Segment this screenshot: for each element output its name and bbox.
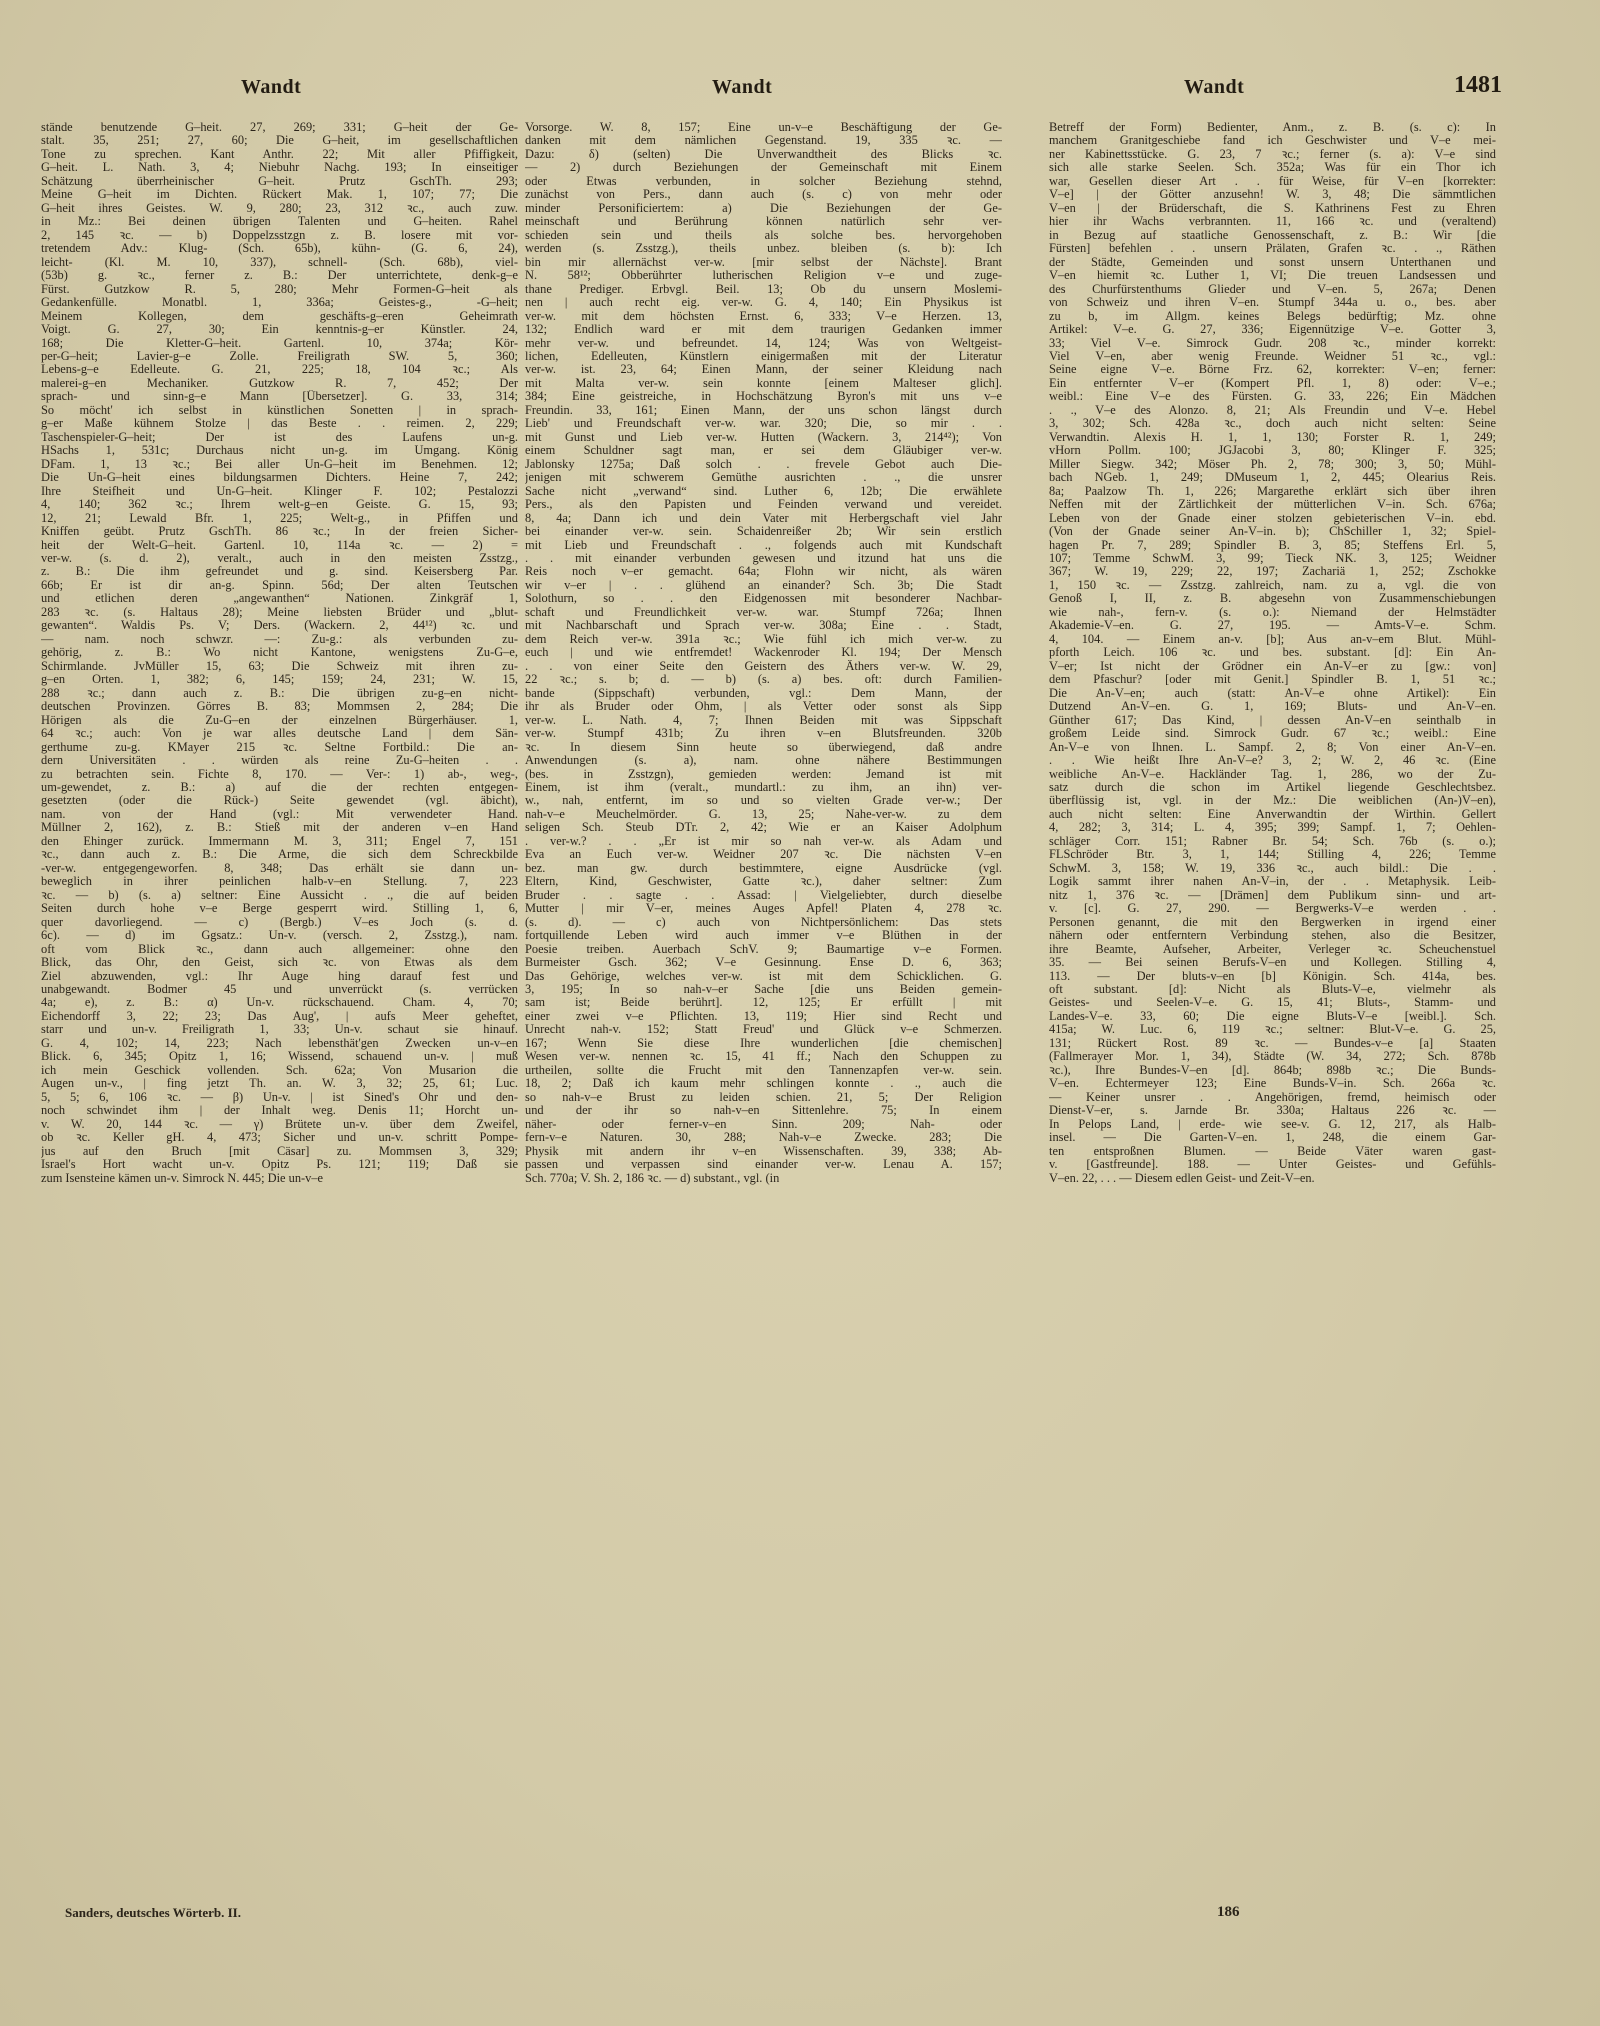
text-line: Blick, das Ohr, den Geist, sich ꝛc. von … [41,956,518,969]
text-line: g–er Maße kühnem Stolze | das Beste . . … [41,417,518,430]
text-line: starr und un-v. Freiligrath 1, 33; Un-v.… [41,1023,518,1036]
text-line: weibliche An-V–e. Hackländer Tag. 1, 286… [1049,768,1496,781]
text-column-3: Betreff der Form) Bedienter, Anm., z. B.… [1049,121,1496,1185]
text-line: mit Malta ver-w. sein konnte [einem Malt… [525,377,1002,390]
text-line: w., nah, entfernt, im so und so vielten … [525,794,1002,807]
text-line: Dazu: δ) (selten) Die Unverwandtheit des… [525,148,1002,161]
text-line: auch nicht selten: Eine Anverwandtin der… [1049,808,1496,821]
text-line: bach NGeb. 1, 249; DMuseum 1, 2, 445; Ol… [1049,471,1496,484]
text-line: 3, 195; In so nah-v–er Sache [die uns Be… [525,983,1002,996]
text-line: v. W. 20, 144 ꝛc. — γ) Brütete un-v. übe… [41,1118,518,1131]
text-line: Bruder . . sagte . . Assad: | Vielgelieb… [525,889,1002,902]
text-line: meinschaft und Berührung können natürlic… [525,215,1002,228]
text-line: ten entsproßnen Blumen. — Beide Väter wa… [1049,1145,1496,1158]
text-line: jus auf den Bruch [mit Cäsar] zu. Mommse… [41,1145,518,1158]
text-line: ihre Beamte, Aufseher, Arbeiter, Verlege… [1049,943,1496,956]
text-line: 168; Die Kletter-G–heit. Gartenl. 10, 37… [41,337,518,350]
text-line: z. B.: Die ihm gefreundet und g. sind. K… [41,565,518,578]
text-line: (Von der Gnade seiner An-V–in. b); ChSch… [1049,525,1496,538]
text-line: per-G–heit; Lavier-g–e Zolle. Freiligrat… [41,350,518,363]
text-line: . . von einer Seite den Geistern des Äth… [525,660,1002,673]
text-line: der Städte, Gemeinden und sonst unsern U… [1049,256,1496,269]
text-line: -ver-w. entgegengeworfen. 8, 348; Das er… [41,862,518,875]
text-line: Ein entfernter V–er (Kompert Pfl. 1, 8) … [1049,377,1496,390]
text-line: 4a; e), z. B.: α) Un-v. rückschauend. Ch… [41,996,518,1009]
text-line: mit Gunst und Lieb ver-w. Hutten (Wacker… [525,431,1002,444]
text-line: FLSchröder Btr. 3, 1, 144; Stilling 4, 2… [1049,848,1496,861]
text-line: mit Lieb und Freundschaft . ., folgends … [525,539,1002,552]
text-line: ver-w. L. Nath. 4, 7; Ihnen Beiden mit w… [525,714,1002,727]
text-line: und der ihr so nah-v–en Sittenlehre. 75;… [525,1104,1002,1117]
text-line: bez. man gw. durch bestimmtere, eigne Au… [525,862,1002,875]
text-line: So möcht' ich selbst in künstlichen Sone… [41,404,518,417]
text-line: 66b; Er ist dir an-g. Spinn. 56d; Der al… [41,579,518,592]
text-line: V–en hiemit ꝛc. Luther 1, VI; Die treuen… [1049,269,1496,282]
text-line: ver-w. Stumpf 431b; Zu ihren v–en Blutsf… [525,727,1002,740]
text-line: in Bezug auf staatliche Genossenschaft, … [1049,229,1496,242]
text-line: Unrecht nah-v. 152; Statt Freud' und Glü… [525,1023,1002,1036]
text-line: Eichendorff 3, 22; 23; Das Aug', | aufs … [41,1010,518,1023]
text-line: 1, 150 ꝛc. — Zsstzg. zahlreich, nam. zu … [1049,579,1496,592]
text-line: Leben von der Gnade einer stolzen gebiet… [1049,512,1496,525]
text-line: SchwM. 3, 158; W. 19, 336 ꝛc., auch bild… [1049,862,1496,875]
text-line: ver-w. ist. 23, 64; Einen Mann, der sein… [525,363,1002,376]
text-line: 384; Eine geistreiche, in Hochschätzung … [525,390,1002,403]
text-line: gerthume zu-g. KMayer 215 ꝛc. Seltne For… [41,741,518,754]
text-line: beweglich in ihrer peinlichen halb-v–en … [41,875,518,888]
text-line: nähern oder entferntern Verbindung stehe… [1049,929,1496,942]
text-line: . ver-w.? . . „Er ist mir so nah ver-w. … [525,835,1002,848]
running-head-right: Wandt [1184,76,1244,99]
text-line: Betreff der Form) Bedienter, Anm., z. B.… [1049,121,1496,134]
text-line: bande (Sippschaft) verbunden, vgl.: Dem … [525,687,1002,700]
text-line: passen und verpassen sind einander ver-w… [525,1158,1002,1171]
text-line: schläger Corr. 151; Rabner Br. 54; Sch. … [1049,835,1496,848]
text-line: den Ehinger zurück. Immermann M. 3, 311;… [41,835,518,848]
text-line: Kniffen geübt. Prutz GschTh. 86 ꝛc.; In … [41,525,518,538]
text-line: 107; Temme SchwM. 3, 99; Tieck NK. 3, 12… [1049,552,1496,565]
text-line: nah-v–e Meuchelmörder. G. 13, 25; Nahe-v… [525,808,1002,821]
text-line: Reis noch v–er gemacht. 64a; Flohn wir n… [525,565,1002,578]
text-line: zu b, im Allgm. keines Belegs bedürftig;… [1049,310,1496,323]
text-line: deutschen Provinzen. Görres B. 83; Momms… [41,700,518,713]
text-line: satz durch die schon im Artikel liegende… [1049,781,1496,794]
page-number: 1481 [1454,72,1502,99]
text-line: v. [c]. G. 27, 290. — Bergwerks-V–e werd… [1049,902,1496,915]
text-line: 283 ꝛc. (s. Haltaus 28); Meine liebsten … [41,606,518,619]
text-line: 8a; Paalzow Th. 1, 226; Margarethe erklä… [1049,485,1496,498]
text-line: Poesie treiben. Auerbach SchV. 9; Baumar… [525,943,1002,956]
text-line: schieden sein und theils als solche bes.… [525,229,1002,242]
text-line: Genoß I, II, z. B. abgesehn von Zusammen… [1049,592,1496,605]
text-line: V–er; Ist nicht der Grödner ein An-V–er … [1049,660,1496,673]
text-line: mit Nachbarschaft und Sprach ver-w. 308a… [525,619,1002,632]
text-line: des Churfürstenthums Glieder und V–en. 5… [1049,283,1496,296]
text-line: fortquillende Leben wird auch immer v–e … [525,929,1002,942]
text-line: Blick. 6, 345; Opitz 1, 16; Wissend, sch… [41,1050,518,1063]
text-line: heit der Welt-G–heit. Gartenl. 10, 114a … [41,539,518,552]
text-line: Solothurn, so . . den Eidgenossen mit be… [525,592,1002,605]
text-line: Meine G–heit im Dichten. Rückert Mak. 1,… [41,188,518,201]
text-line: nam. von der Hand (vgl.: Mit verwendeter… [41,808,518,821]
text-line: malerei-g–en Mechaniker. Gutzkow R. 7, 4… [41,377,518,390]
text-line: stände benutzende G–heit. 27, 269; 331; … [41,121,518,134]
text-line: N. 58¹²; Obberührter lutherischen Religi… [525,269,1002,282]
text-line: Fürsten] befehlen . . unsern Prälaten, G… [1049,242,1496,255]
text-line: Freundin. 33, 161; Einen Mann, der uns s… [525,404,1002,417]
text-line: V–en | der Brüderschaft, die S. Kathrine… [1049,202,1496,215]
text-line: noch schwindet ihm | der Inhalt weg. Den… [41,1104,518,1117]
text-line: näher- oder ferner-v–en Sinn. 209; Nah- … [525,1118,1002,1131]
text-line: g–en Orten. 1, 382; 6, 145; 159; 24, 231… [41,673,518,686]
text-line: danken mit dem nämlichen Gegenstand. 19,… [525,134,1002,147]
text-line: Tone zu sprechen. Kant Anthr. 22; Mit al… [41,148,518,161]
text-line: HSachs 1, 531c; Durchaus nicht un-g. im … [41,444,518,457]
text-line: 131; Rückert Rost. 89 ꝛc. — Bundes-v–e [… [1049,1037,1496,1050]
text-line: zu betrachten sein. Fichte 8, 170. — Ver… [41,768,518,781]
text-line: um-gewendet, z. B.: a) auf die der recht… [41,781,518,794]
text-line: ꝛc., dann auch z. B.: Die Arme, die sich… [41,848,518,861]
text-line: 8, 4a; Dann ich und dein Vater mit Herbe… [525,512,1002,525]
text-line: Jablonsky 1275a; Daß solch . . frevele G… [525,458,1002,471]
text-line: Sch. 770a; V. Sh. 2, 186 ꝛc. — d) substa… [525,1172,1002,1185]
text-line: überflüssig ist, vgl. in der Mz.: Die we… [1049,794,1496,807]
text-line: weibl.: Eine V–e des Fürsten. G. 33, 226… [1049,390,1496,403]
text-line: urtheilen, sollte die Frucht mit den Tan… [525,1064,1002,1077]
text-line: G–heit. L. Nath. 3, 4; Niebuhr Nachg. 19… [41,161,518,174]
text-line: Meinem Kollegen, dem geschäfts-g–eren Ge… [41,310,518,323]
text-line: In Pelops Land, | erde- wie see-v. G. 12… [1049,1118,1496,1131]
text-column-2: Vorsorge. W. 8, 157; Eine un-v–e Beschäf… [525,121,1002,1185]
text-line: sich alle starke Seelen. Sch. 352a; Was … [1049,161,1496,174]
text-line: seligen Sch. Steub DTr. 2, 42; Wie er an… [525,821,1002,834]
text-line: 4, 282; 3, 314; L. 4, 395; 399; Sampf. 1… [1049,821,1496,834]
text-line: (Fallmerayer Mor. 1, 34), Städte (W. 34,… [1049,1050,1496,1063]
text-line: zunächst von Pers., dann auch (s. c) von… [525,188,1002,201]
text-line: Anwendungen (s. a), nam. ohne nähere Bes… [525,754,1002,767]
text-line: Neffen mit der Zärtlichkeit der mütterli… [1049,498,1496,511]
text-line: gehörig, z. B.: Wo nicht Kantone, wenigs… [41,646,518,659]
text-line: ꝛc. In diesem Sinn heute so überwiegend,… [525,741,1002,754]
text-line: Akademie-V–en. G. 27, 195. — Amts-V–e. S… [1049,619,1496,632]
text-line: hagen Pr. 7, 289; Spindler B. 3, 85; Ste… [1049,539,1496,552]
text-line: 4, 104. — Einem an-v. [b]; Aus an-v–em B… [1049,633,1496,646]
text-line: zum Isensteine kämen un-v. Simrock N. 44… [41,1172,518,1185]
text-line: werden (s. Zsstzg.), theils unbez. bleib… [525,242,1002,255]
text-line: ob ꝛc. Keller gH. 4, 473; Sicher und un-… [41,1131,518,1144]
text-line: DFam. 1, 13 ꝛc.; Bei aller Un-G–heit im … [41,458,518,471]
text-line: Schirmlande. JvMüller 15, 63; Die Schwei… [41,660,518,673]
text-line: thane Prediger. Erbvgl. Beil. 13; Ob du … [525,283,1002,296]
text-line: 167; Wenn Sie diese Ihre wunderlichen [d… [525,1037,1002,1050]
text-line: An-V–e von Ihnen. L. Sampf. 2, 8; Von ei… [1049,741,1496,754]
text-line: Augen un-v., | fing jetzt Th. an. W. 3, … [41,1077,518,1090]
text-line: gesetzten (oder die Rück-) Seite gewende… [41,794,518,807]
text-line: Voigt. G. 27, 30; Ein kenntnis-g–er Küns… [41,323,518,336]
text-line: nitz 1, 376 ꝛc. — [Drämen] dem Publikum … [1049,889,1496,902]
text-line: Artikel: V–e. G. 27, 336; Eigennützige V… [1049,323,1496,336]
text-line: und etlichen deren „angewanthen“ Natione… [41,592,518,605]
text-line: fern-v–e Naturen. 30, 288; Nah-v–e Zweck… [525,1131,1002,1144]
text-line: ihr als Bruder oder Ohm, | als Vetter od… [525,700,1002,713]
text-line: minder Personificiertem: a) Die Beziehun… [525,202,1002,215]
text-line: 3, 302; Sch. 428a ꝛc., doch auch nicht s… [1049,417,1496,430]
text-line: dem Pfaschur? [oder mit Genit.] Spindler… [1049,673,1496,686]
text-line: Lieb' und Freundschaft ver-w. war. 320; … [525,417,1002,430]
text-line: ner Kabinettsstücke. G. 23, 7 ꝛc.; ferne… [1049,148,1496,161]
text-line: Gedankenfülle. Monatbl. 1, 336a; Geistes… [41,296,518,309]
text-line: Miller Siegw. 342; Möser Ph. 2, 78; 300;… [1049,458,1496,471]
text-line: Dutzend An-V–en. G. 1, 169; Bluts- und A… [1049,700,1496,713]
text-line: von Schweiz und ihren V–en. Stumpf 344a … [1049,296,1496,309]
text-line: leicht- (Kl. M. 10, 337), schnell- (Sch.… [41,256,518,269]
text-line: oder Etwas verbunden, in solcher Beziehu… [525,175,1002,188]
text-line: — Keiner unsrer . . Angehörigen, fremd, … [1049,1091,1496,1104]
text-line: gewanten“. Waldis Ps. V; Ders. (Wackern.… [41,619,518,632]
text-line: wir v–er | . . glühend an einander? Sch.… [525,579,1002,592]
text-line: ꝛc.), Ihre Bundes-V–en [d]. 864b; 898b ꝛ… [1049,1064,1496,1077]
text-line: dem Reich ver-w. 391a ꝛc.; Wie fühl ich … [525,633,1002,646]
text-line: . . Wie heißt Ihre An-V–e? 3, 2; W. 2, 4… [1049,754,1496,767]
text-line: mehr ver-w. und befreundet. 14, 124; Was… [525,337,1002,350]
text-line: Mutter | mir V–er, meines Auges Apfel! P… [525,902,1002,915]
text-line: G. 4, 102; 14, 223; Nach lebensthät'gen … [41,1037,518,1050]
text-line: Eltern, Kind, Geschwister, Gatte ꝛc.), d… [525,875,1002,888]
text-line: euch | und wie entfremdet! Wackenroder K… [525,646,1002,659]
text-line: (53b) g. ꝛc., ferner z. B.: Der unterric… [41,269,518,282]
text-line: jenigen mit schwerem Gemüthe ausrichten … [525,471,1002,484]
text-line: Pers., als den Papisten und Feinden verw… [525,498,1002,511]
text-column-1: stände benutzende G–heit. 27, 269; 331; … [41,121,518,1185]
text-line: Müllner 2, 162), z. B.: Stieß mit der an… [41,821,518,834]
text-line: 5, 5; 6, 106 ꝛc. — β) Un-v. | ist Sined'… [41,1091,518,1104]
text-line: Einem, ist ihm (veralt., mundartl.: zu i… [525,781,1002,794]
text-line: so nah-v–e Brust zu leiden schien. 21, 5… [525,1091,1002,1104]
signature-number: 186 [1217,1904,1240,1921]
text-line: G–heit ihres Geistes. W. 9, 280; 23, 312… [41,202,518,215]
text-line: ver-w. mit dem höchsten Ernst. 6, 333; V… [525,310,1002,323]
text-line: . . mit einander verbunden gewesen und i… [525,552,1002,565]
text-line: Dienst-V–er, s. Jarnde Br. 330a; Haltaus… [1049,1104,1496,1117]
text-line: V–e] | der Götter anzusehn! W. 3, 48; Di… [1049,188,1496,201]
text-line: Burmeister Gsch. 362; V–e Gesinnung. Ens… [525,956,1002,969]
text-line: stalt. 35, 251; 27, 60; Die G–heit, im g… [41,134,518,147]
text-line: Verwandtin. Alexis H. 1, 1, 130; Forster… [1049,431,1496,444]
text-line: schaft und Freundlichkeit ver-w. war. St… [525,606,1002,619]
text-line: Das Gehörige, welches ver-w. ist mit dem… [525,970,1002,983]
text-line: 2, 145 ꝛc. — b) Doppelzsstzgn z. B. lose… [41,229,518,242]
text-line: Günther 617; Das Kind, | dessen An-V–en … [1049,714,1496,727]
text-line: pforth Leich. 106 ꝛc. und bes. substant.… [1049,646,1496,659]
text-line: Ziel abzuwenden, vgl.: Ihr Auge hing dar… [41,970,518,983]
text-line: Israel's Hort wacht un-v. Opitz Ps. 121;… [41,1158,518,1171]
text-line: 367; W. 19, 229; 22, 197; Zachariä 1, 25… [1049,565,1496,578]
text-line: Die An-V–en; auch (statt: An-V–e ohne Ar… [1049,687,1496,700]
printer-signature: Sanders, deutsches Wörterb. II. [65,1905,241,1921]
text-line: wie nah-, fern-v. (s. o.): Niemand der H… [1049,606,1496,619]
text-line: . ., V–e des Alonzo. 8, 21; Als Freundin… [1049,404,1496,417]
dictionary-page: Wandt Wandt Wandt 1481 stände benutzende… [0,0,1600,2026]
running-head-center: Wandt [712,76,772,99]
text-line: Eva an Euch ver-w. Weidner 207 ꝛc. Die n… [525,848,1002,861]
text-line: 35. — Bei seinen Berufs-V–en und Kollege… [1049,956,1496,969]
text-line: dern Universitäten . . würden als reine … [41,754,518,767]
text-line: Seine eigne V–e. Börne Frz. 62, korrekte… [1049,363,1496,376]
text-line: Fürst. Gutzkow R. 5, 280; Mehr Formen-G–… [41,283,518,296]
text-line: oft substant. [d]: Nicht als Bluts-V–e, … [1049,983,1496,996]
text-line: 22 ꝛc.; s. b; d. — b) (s. a) bes. oft: d… [525,673,1002,686]
text-line: Schätzung überrheinischer G–heit. Prutz … [41,175,518,188]
text-line: hier ihr Wachs verbrannten. 11, 166 ꝛc. … [1049,215,1496,228]
text-line: — nam. noch schwzr. —: Zu-g.: als verbun… [41,633,518,646]
text-line: Personen genannt, die mit den Bergwerken… [1049,916,1496,929]
text-line: nen | auch recht eig. ver-w. G. 4, 140; … [525,296,1002,309]
text-line: 132; Endlich ward er mit dem traurigen G… [525,323,1002,336]
text-line: Physik mit andern ihr v–en Wissenschafte… [525,1145,1002,1158]
text-line: Ihre Steifheit und Un-G–heit. Klinger F.… [41,485,518,498]
text-line: manchem Granitgeschiebe fand ich Geschwi… [1049,134,1496,147]
text-line: großem Leide sind. Simrock Gudr. 67 ꝛc.;… [1049,727,1496,740]
text-line: ꝛc. — b) (s. a) seltner: Eine Aussicht .… [41,889,518,902]
running-head-left: Wandt [241,76,301,99]
text-line: Landes-V–e. 33, 60; Die eigne Bluts-V–e … [1049,1010,1496,1023]
text-line: Hörigen als die Zu-G–en der einzelnen Bü… [41,714,518,727]
text-line: 6c). — d) im Ggsatz.: Un-v. (versch. 2, … [41,929,518,942]
text-line: Logik sammt ihrer nahen An-V–in, der . .… [1049,875,1496,888]
text-line: Geistes- und Seelen-V–e. G. 15, 41; Blut… [1049,996,1496,1009]
text-line: Vorsorge. W. 8, 157; Eine un-v–e Beschäf… [525,121,1002,134]
text-line: 12, 21; Lewald Bfr. 1, 225; Welt-g., in … [41,512,518,525]
text-line: insel. — Die Garten-V–en. 1, 248, die ei… [1049,1131,1496,1144]
text-line: einem Schuldner sagt man, er sei dem Glä… [525,444,1002,457]
text-line: V–en. Echtermeyer 123; Eine Bunds-V–in. … [1049,1077,1496,1090]
text-line: lichen, Edelleuten, Künstlern einigermaß… [525,350,1002,363]
text-line: tretendem Adv.: Klug- (Sch. 65b), kühn- … [41,242,518,255]
text-line: 33; Viel V–e. Simrock Gudr. 208 ꝛc., min… [1049,337,1496,350]
text-line: Wesen ver-w. nennen ꝛc. 15, 41 ff.; Nach… [525,1050,1002,1063]
text-line: in Mz.: Bei deinen übrigen Talenten und … [41,215,518,228]
text-line: Lebens-g–e Edelleute. G. 21, 225; 18, 10… [41,363,518,376]
text-line: 113. — Der bluts-v–en [b] Königin. Sch. … [1049,970,1496,983]
text-line: 4, 140; 362 ꝛc.; Ihrem welt-g–en Geiste.… [41,498,518,511]
text-line: 288 ꝛc.; dann auch z. B.: Die übrigen zu… [41,687,518,700]
text-line: Viel V–en, aber wenig Freunde. Weidner 5… [1049,350,1496,363]
text-line: Taschenspieler-G–heit; Der ist des Laufe… [41,431,518,444]
text-line: ver-w. (s. d. 2), veralt., auch in den m… [41,552,518,565]
text-line: V–en. 22, . . . — Diesem edlen Geist- un… [1049,1172,1496,1185]
text-line: sprach- und sinn-g–e Mann [Übersetzer]. … [41,390,518,403]
text-line: quer davorliegend. — c) (Bergb.) V–es Jo… [41,916,518,929]
text-line: sam ist; Beide berührt]. 12, 125; Er erf… [525,996,1002,1009]
text-line: oft vom Blick ꝛc., dann auch allgemeiner… [41,943,518,956]
text-line: einer zwei v–e Pflichten. 13, 119; Hier … [525,1010,1002,1023]
text-line: bin mir allernächst ver-w. [mir selbst d… [525,256,1002,269]
text-line: ich mein Geschick vollenden. Sch. 62a; V… [41,1064,518,1077]
text-line: Die Un-G–heit eines bildungsarmen Dichte… [41,471,518,484]
text-line: (s. d). — c) auch von Nichtpersönlichem:… [525,916,1002,929]
text-line: bei einander ver-w. sein. Schaidenreißer… [525,525,1002,538]
text-line: war, Gesellen dieser Art . . für Weise, … [1049,175,1496,188]
text-line: — 2) durch Beziehungen der Gemeinschaft … [525,161,1002,174]
text-line: Sache nicht „verwand“ sind. Luther 6, 12… [525,485,1002,498]
text-line: unabgewandt. Bodmer 45 und unverrückt (s… [41,983,518,996]
text-line: 64 ꝛc.; auch: Von je war alles deutsche … [41,727,518,740]
text-line: 415a; W. Luc. 6, 119 ꝛc.; seltner: Blut-… [1049,1023,1496,1036]
text-line: Seiten durch hohe v–e Berge gesperrt wir… [41,902,518,915]
text-line: (bes. in Zsstzgn), gemieden werden: Jema… [525,768,1002,781]
text-line: v. [Gastfreunde]. 188. — Unter Geistes- … [1049,1158,1496,1171]
text-line: 18, 2; Daß ich kaum mehr schlingen konnt… [525,1077,1002,1090]
text-line: vHorn Pollm. 100; JGJacobi 3, 80; Klinge… [1049,444,1496,457]
